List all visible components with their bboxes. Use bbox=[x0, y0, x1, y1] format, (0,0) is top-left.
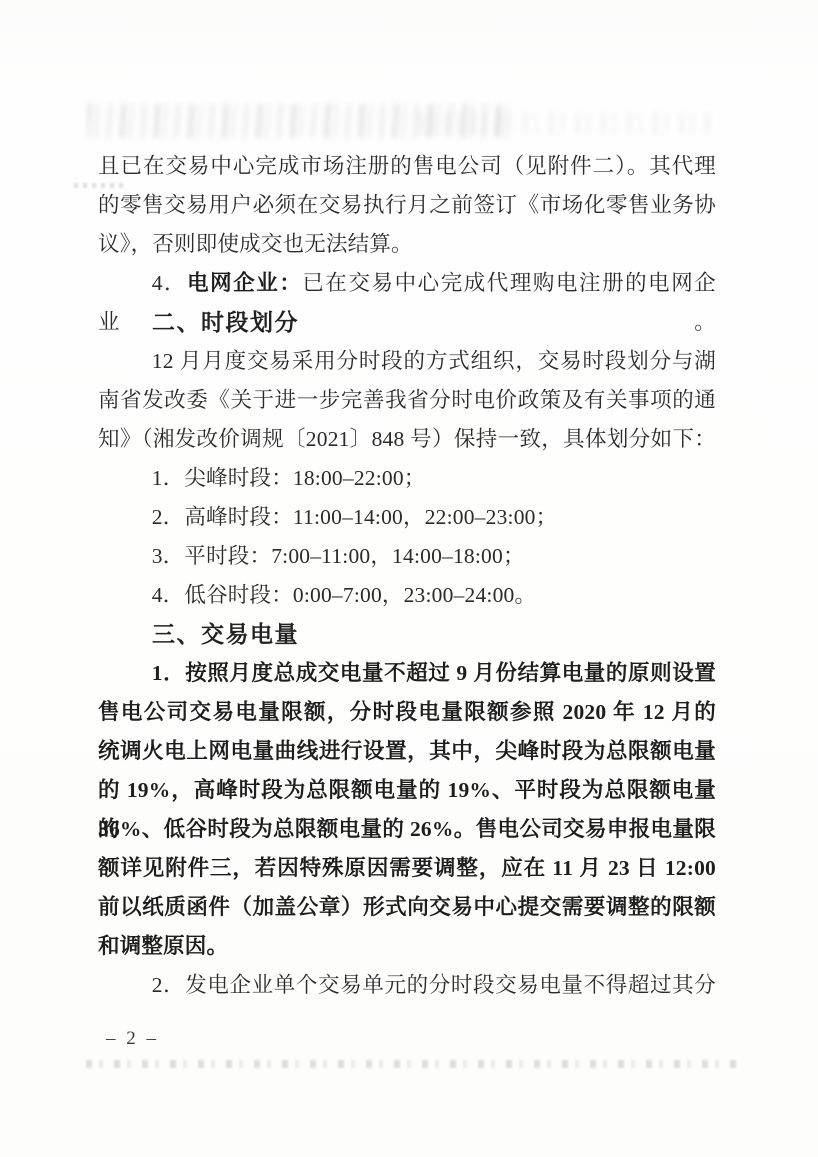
paragraph-line: 12 月月度交易采用分时段的方式组织，交易时段划分与湖 bbox=[98, 342, 716, 381]
item-number: 4． bbox=[152, 271, 187, 295]
paragraph-line: 的零售交易用户必须在交易执行月之前签订《市场化零售业务协 bbox=[98, 186, 716, 225]
definition-grid-enterprise: 4．电网企业：已在交易中心完成代理购电注册的电网企业。 bbox=[98, 264, 716, 303]
list-item-valley-period: 4．低谷时段：0:00–7:00，23:00–24:00。 bbox=[98, 576, 716, 615]
paragraph-line: 额详见附件三，若因特殊原因需要调整，应在 11 月 23 日 12:00 bbox=[98, 849, 716, 888]
paragraph-line: 1．按照月度总成交电量不超过 9 月份结算电量的原则设置 bbox=[98, 654, 716, 693]
paragraph-line: 南省发改委《关于进一步完善我省分时电价政策及有关事项的通 bbox=[98, 381, 716, 420]
list-item-peak-period: 1．尖峰时段：18:00–22:00； bbox=[98, 459, 716, 498]
paragraph-line: 售电公司交易电量限额，分时段电量限额参照 2020 年 12 月的 bbox=[98, 693, 716, 732]
paragraph-line: 的 19%，高峰时段为总限额电量的 19%、平时段为总限额电量的 bbox=[98, 771, 716, 810]
list-item-high-period: 2．高峰时段：11:00–14:00，22:00–23:00； bbox=[98, 498, 716, 537]
defined-term: 电网企业： bbox=[187, 271, 302, 295]
paragraph-line: 统调火电上网电量曲线进行设置，其中，尖峰时段为总限额电量 bbox=[98, 732, 716, 771]
document-body: 且已在交易中心完成市场注册的售电公司（见附件二）。其代理 的零售交易用户必须在交… bbox=[98, 147, 716, 1005]
list-item-flat-period: 3．平时段：7:00–11:00，14:00–18:00； bbox=[98, 537, 716, 576]
paragraph-line: 议》，否则即使成交也无法结算。 bbox=[98, 225, 716, 264]
scanned-document-page: 且已在交易中心完成市场注册的售电公司（见附件二）。其代理 的零售交易用户必须在交… bbox=[0, 0, 818, 1157]
paragraph-line: 和调整原因。 bbox=[98, 927, 716, 966]
page-number: – 2 – bbox=[106, 1028, 159, 1050]
paragraph-line: 36%、低谷时段为总限额电量的 26%。售电公司交易申报电量限 bbox=[98, 810, 716, 849]
section-heading-trade-volume: 三、交易电量 bbox=[98, 615, 716, 654]
paragraph-line: 前以纸质函件（加盖公章）形式向交易中心提交需要调整的限额 bbox=[98, 888, 716, 927]
bleed-through-artifact bbox=[420, 112, 710, 134]
paragraph-line: 且已在交易中心完成市场注册的售电公司（见附件二）。其代理 bbox=[98, 147, 716, 186]
paragraph-line: 知》（湘发改价调规〔2021〕848 号）保持一致，具体划分如下： bbox=[98, 420, 716, 459]
paragraph-line: 2．发电企业单个交易单元的分时段交易电量不得超过其分 bbox=[98, 966, 716, 1005]
scan-smudge-artifact bbox=[86, 1060, 736, 1068]
